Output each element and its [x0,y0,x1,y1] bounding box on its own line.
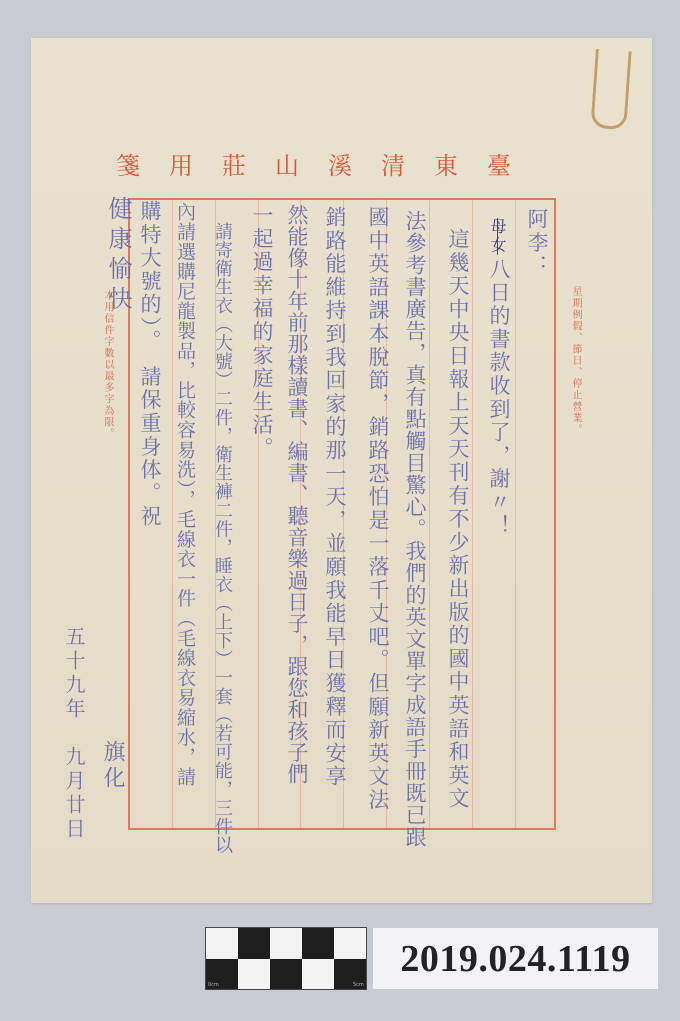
signature: 旗化 [100,740,124,792]
scale-bar-checker [205,927,367,990]
catalog-number-label: 2019.024.1119 [373,928,658,989]
column-rule [472,200,473,828]
letter-column-2: 這幾天中央日報上天天刊有不少新出版的國中英語和英文 [446,228,470,811]
column-rule [429,200,430,828]
letter-column-5: 銷路能維持到我回家的那一天，並願我能早日獲釋而安享 [323,206,347,789]
column-rule [515,200,516,828]
letterhead-title: 臺東清溪山莊用箋 [140,146,540,181]
scale-cell [206,928,238,959]
crossed-out-text: 母女 [487,218,507,255]
scale-cell [302,928,334,959]
closing-wish: 健康愉快 [106,196,130,316]
letter-column-1: 八日的書款收到了，謝〃！ [487,258,511,538]
scale-cell [302,959,334,990]
scale-start-label: 0cm [208,982,219,988]
scale-end-label: 5cm [353,982,364,988]
letter-date: 五十九年 九月廿日 [62,626,86,842]
salutation: 阿李： [525,208,549,278]
letter-column-8: 請寄衛生衣（大號）二件，衛生褲二件，睡衣（上下）一套（若可能，三件以 [210,222,234,854]
scale-cell [238,959,270,990]
scale-cell [270,928,302,959]
scale-cell [270,959,302,990]
scale-cell [334,928,366,959]
scale-cell [238,928,270,959]
letterhead-right-note: 星期例假、節日、停止營業。 [569,286,581,436]
letter-column-3: 法參考書廣告，真有點觸目驚心。我們的英文單字成語手冊既已跟 [403,210,427,848]
paperclip-rust-stain [590,49,631,130]
letter-column-4: 國中英語課本脫節，銷路恐怕是一落千丈吧。但願新英文法 [366,206,390,812]
letter-column-7: 一起過幸福的家庭生活。 [250,204,274,460]
letter-column-10: 購特大號的）。 請保重身体。祝 [138,200,162,529]
letter-column-9: 內請選購尼龍製品，比較容易洗），毛線衣一件（毛線衣易縮水，請 [173,202,197,787]
letter-column-6: 然能像十年前那樣讀書、編書、聽音樂過日子，跟您和孩子們 [285,204,309,785]
